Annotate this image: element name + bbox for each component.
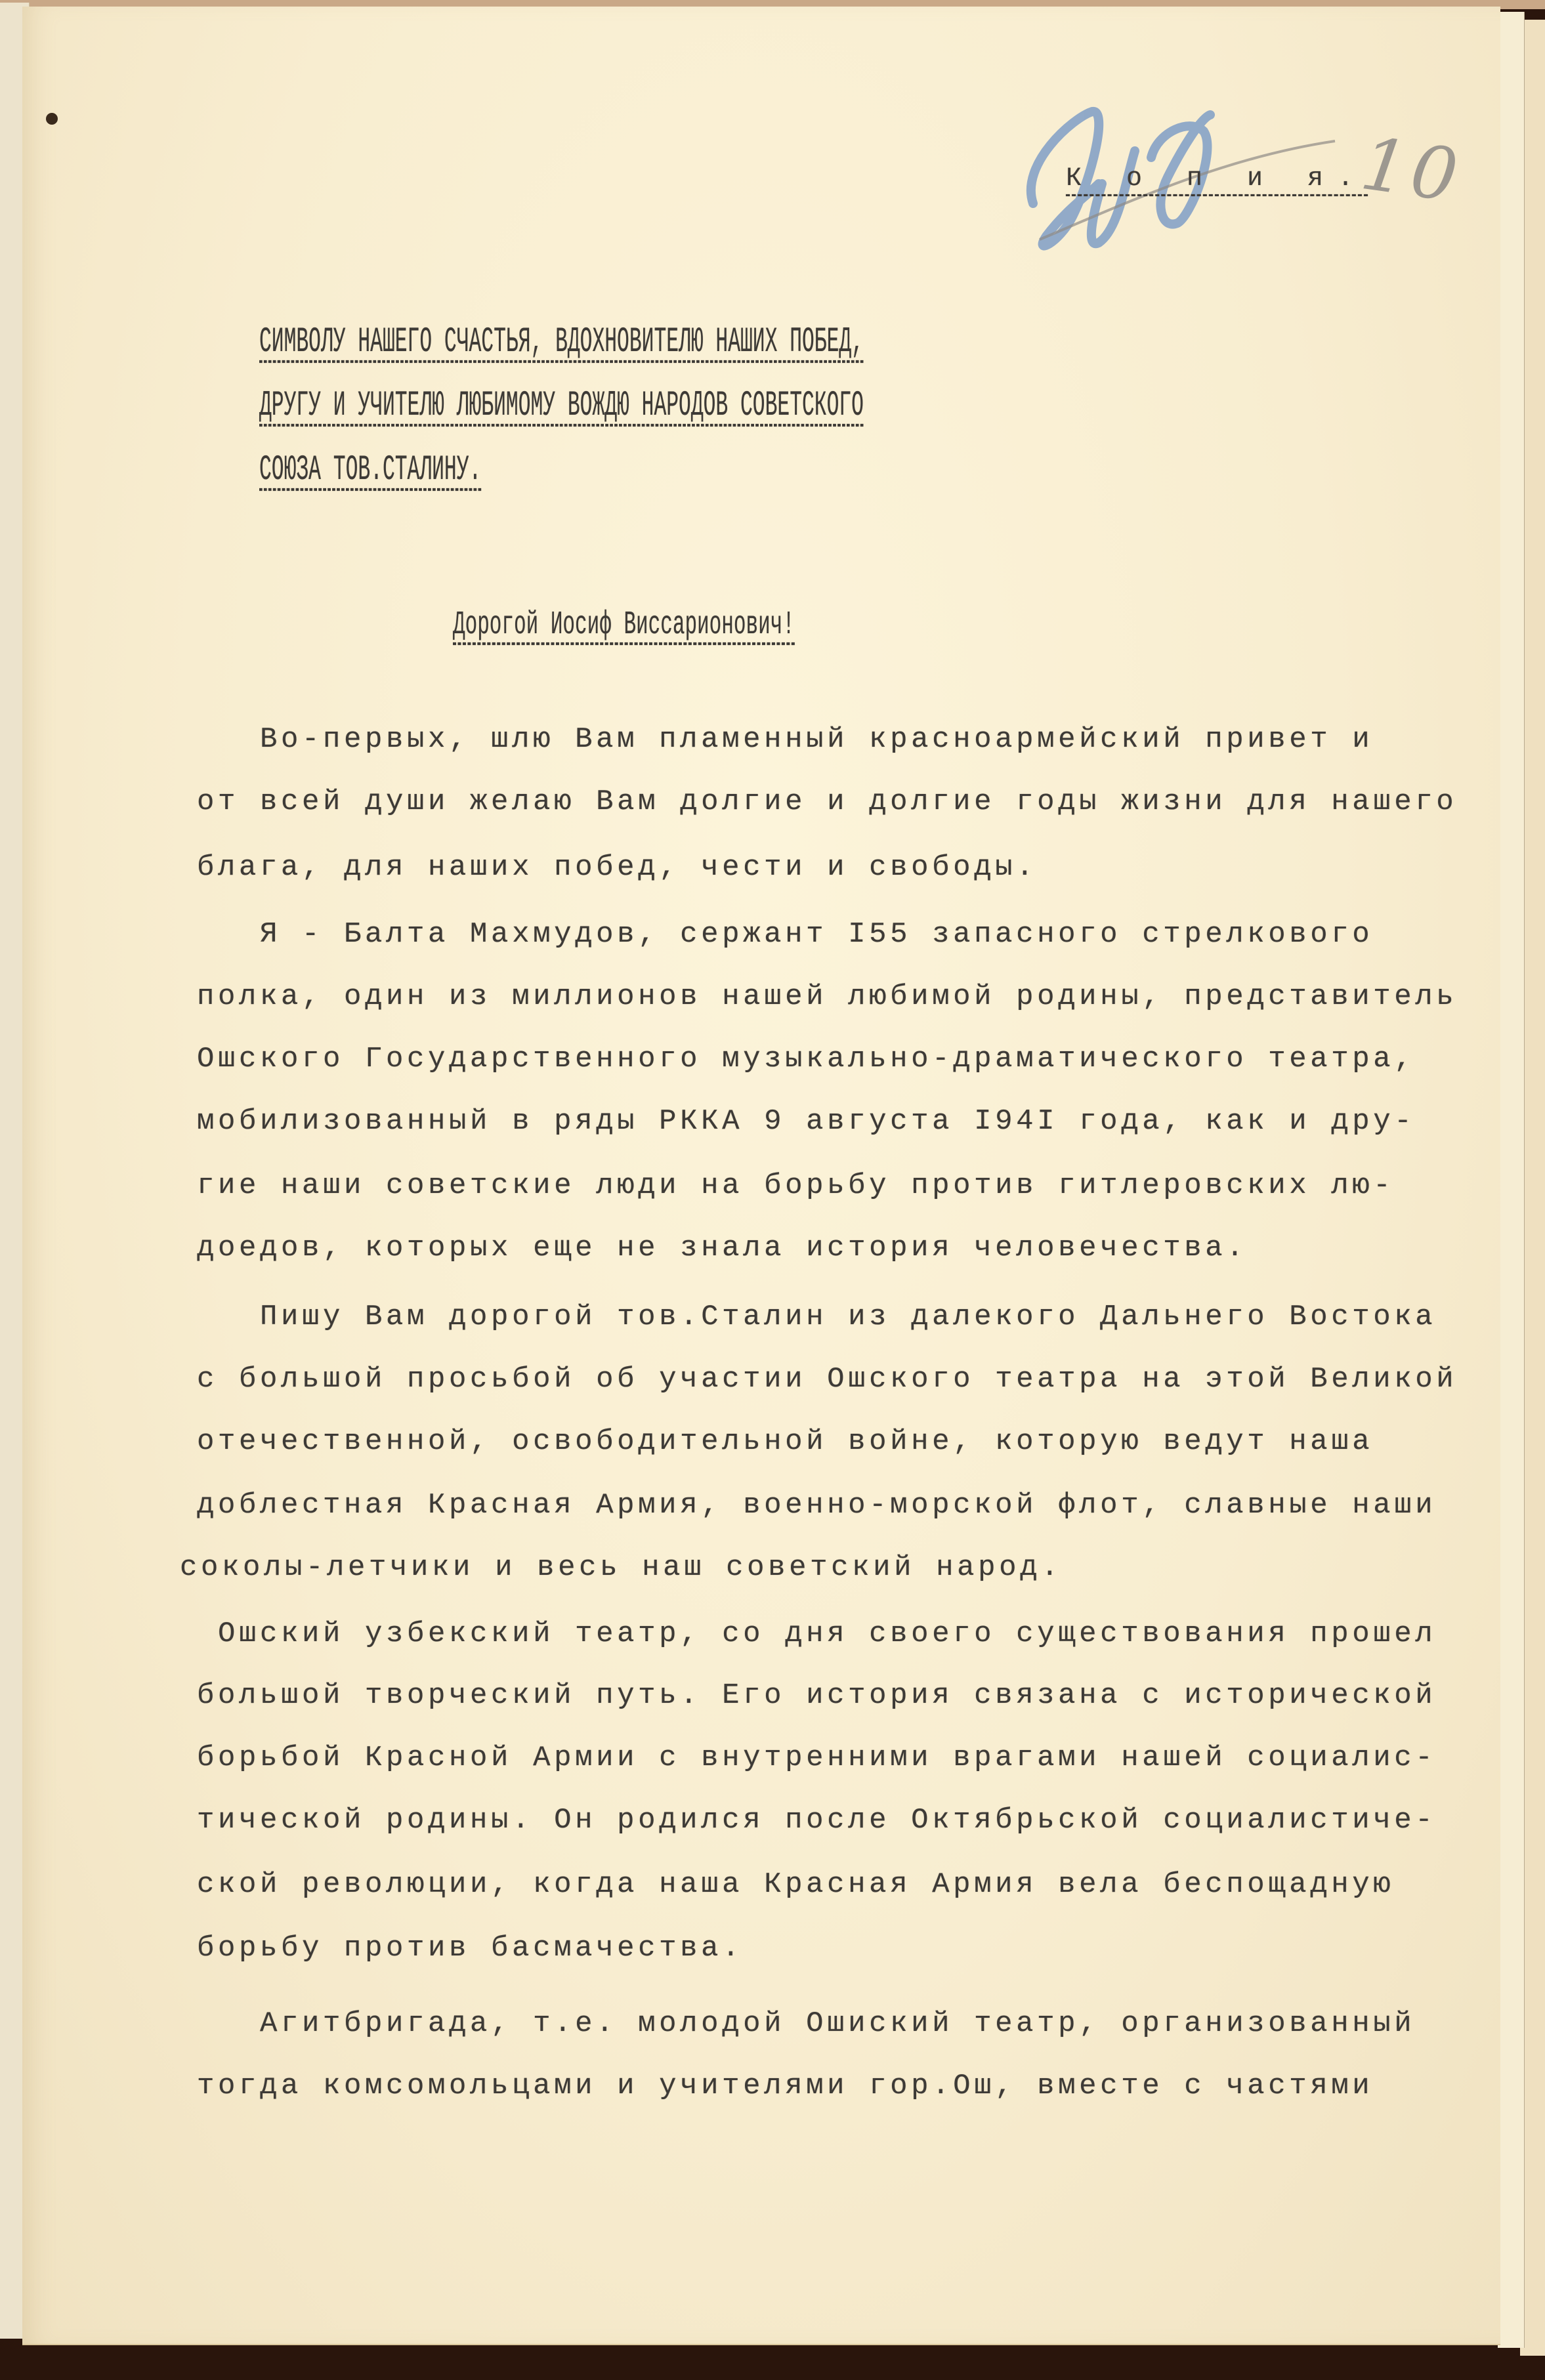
body-line: Ошский узбекский театр, со дня своего су… (197, 1619, 1436, 1648)
body-line: от всей души желаю Вам долгие и долгие г… (197, 787, 1457, 816)
body-line: доблестная Красная Армия, военно-морской… (197, 1491, 1436, 1520)
body-line: гие наши советские люди на борьбу против… (197, 1171, 1394, 1200)
body-line: Ошского Государственного музыкально-драм… (197, 1045, 1415, 1074)
body-line: тической родины. Он родился после Октябр… (197, 1806, 1436, 1835)
body-line: большой творческий путь. Его история свя… (197, 1681, 1436, 1710)
copy-label: К о п и я. (1066, 166, 1368, 192)
underlying-sheet-right (1498, 12, 1525, 2348)
body-line: отечественной, освободительной войне, ко… (197, 1427, 1373, 1456)
body-line: соколы-летчики и весь наш советский наро… (180, 1553, 1062, 1582)
body-line: с большой просьбой об участии Ошского те… (197, 1365, 1457, 1394)
binding-hole (46, 113, 58, 125)
body-line: Пишу Вам дорогой тов.Сталин из далекого … (197, 1303, 1436, 1331)
pencil-page-number: 10 (1356, 121, 1466, 219)
salutation: Дорогой Иосиф Виссарионович! (453, 609, 795, 642)
heading-line-3: СОЮЗА ТОВ.СТАЛИНУ. (259, 453, 481, 488)
typed-letter-page: К о п и я. 10 СИМВОЛУ НАШЕГО СЧАСТЬЯ, ВД… (22, 7, 1500, 2345)
body-line: Во-первых, шлю Вам пламенный красноармей… (197, 725, 1373, 754)
body-line: полка, один из миллионов нашей любимой р… (197, 982, 1457, 1011)
heading-line-1: СИМВОЛУ НАШЕГО СЧАСТЬЯ, ВДОХНОВИТЕЛЮ НАШ… (259, 325, 864, 360)
body-line: борьбой Красной Армии с внутренними враг… (197, 1743, 1436, 1772)
body-line: блага, для наших побед, чести и свободы. (197, 853, 1037, 882)
heading-line-2: ДРУГУ И УЧИТЕЛЮ ЛЮБИМОМУ ВОЖДЮ НАРОДОВ С… (259, 388, 864, 424)
body-line: ской революции, когда наша Красная Армия… (197, 1870, 1394, 1899)
body-line: доедов, которых еще не знала история чел… (197, 1234, 1247, 1263)
body-line: Я - Балта Махмудов, сержант I55 запасног… (197, 920, 1373, 949)
body-line: Агитбригада, т.е. молодой Ошиский театр,… (197, 2009, 1415, 2038)
body-line: мобилизованный в ряды РККА 9 августа I94… (197, 1107, 1415, 1136)
body-line: тогда комсомольцами и учителями гор.Ош, … (197, 2072, 1373, 2100)
body-line: борьбу против басмачества. (197, 1934, 743, 1963)
